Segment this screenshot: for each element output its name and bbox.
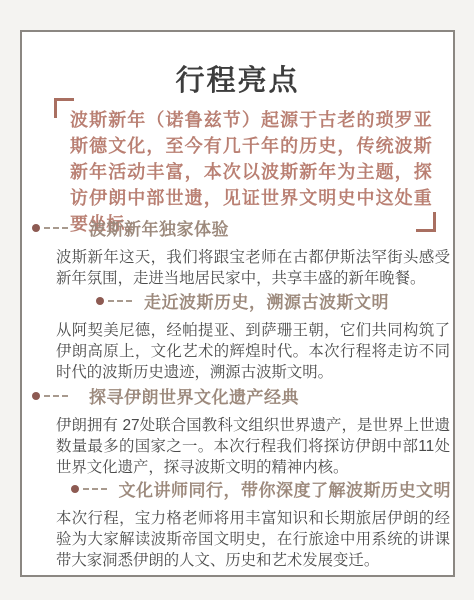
section-culture-lecturer: 文化讲师同行，带你深度了解波斯历史文明 本次行程，宝力格老师将用丰富知识和长期旅…	[32, 476, 453, 571]
bullet-dot-icon	[32, 224, 40, 232]
section-persian-history: 走近波斯历史，溯源古波斯文明 从阿契美尼德，经帕提亚、到萨珊王朝，它们共同构筑了…	[32, 288, 453, 383]
section-heading-row: 探寻伊朗世界文化遗产经典	[32, 383, 453, 408]
bullet-dot-icon	[96, 297, 104, 305]
dash-line-icon	[108, 300, 135, 302]
section-body: 伊朗拥有 27处联合国教科文组织世界遗产，是世界上世遗数量最多的国家之一。本次行…	[56, 415, 450, 478]
page-background: { "page": { "title": "行程亮点" }, "intro": …	[0, 0, 474, 600]
section-heading-row: 波斯新年独家体验	[32, 215, 453, 240]
section-heading: 走近波斯历史，溯源古波斯文明	[144, 288, 389, 313]
dash-line-icon	[44, 227, 71, 229]
bullet-dot-icon	[71, 485, 79, 493]
section-heading: 文化讲师同行，带你深度了解波斯历史文明	[119, 476, 452, 501]
section-heading-row: 文化讲师同行，带你深度了解波斯历史文明	[32, 476, 453, 501]
section-body: 本次行程，宝力格老师将用丰富知识和长期旅居伊朗的经验为大家解读波斯帝国文明史，在…	[56, 508, 450, 571]
section-new-year-experience: 波斯新年独家体验 波斯新年这天，我们将跟宝老师在古都伊斯法罕街头感受新年氛围，走…	[32, 215, 453, 289]
bullet-marker-icon	[32, 224, 71, 232]
section-heading-row: 走近波斯历史，溯源古波斯文明	[32, 288, 453, 313]
bullet-marker-icon	[96, 297, 135, 305]
dash-line-icon	[83, 488, 110, 490]
bullet-dot-icon	[32, 392, 40, 400]
bullet-marker-icon	[32, 392, 71, 400]
sections-container: 波斯新年独家体验 波斯新年这天，我们将跟宝老师在古都伊斯法罕街头感受新年氛围，走…	[32, 32, 453, 579]
section-body: 波斯新年这天，我们将跟宝老师在古都伊斯法罕街头感受新年氛围，走进当地居民家中，共…	[56, 247, 450, 289]
dash-line-icon	[44, 395, 71, 397]
section-heading: 波斯新年独家体验	[89, 215, 229, 240]
section-heading: 探寻伊朗世界文化遗产经典	[89, 383, 299, 408]
content-card: 行程亮点 波斯新年（诺鲁兹节）起源于古老的琐罗亚斯德文化，至今有几千年的历史，传…	[20, 30, 455, 577]
bullet-marker-icon	[71, 485, 110, 493]
section-world-heritage: 探寻伊朗世界文化遗产经典 伊朗拥有 27处联合国教科文组织世界遗产，是世界上世遗…	[32, 383, 453, 478]
section-body: 从阿契美尼德，经帕提亚、到萨珊王朝，它们共同构筑了伊朗高原上，文化艺术的辉煌时代…	[56, 320, 450, 383]
